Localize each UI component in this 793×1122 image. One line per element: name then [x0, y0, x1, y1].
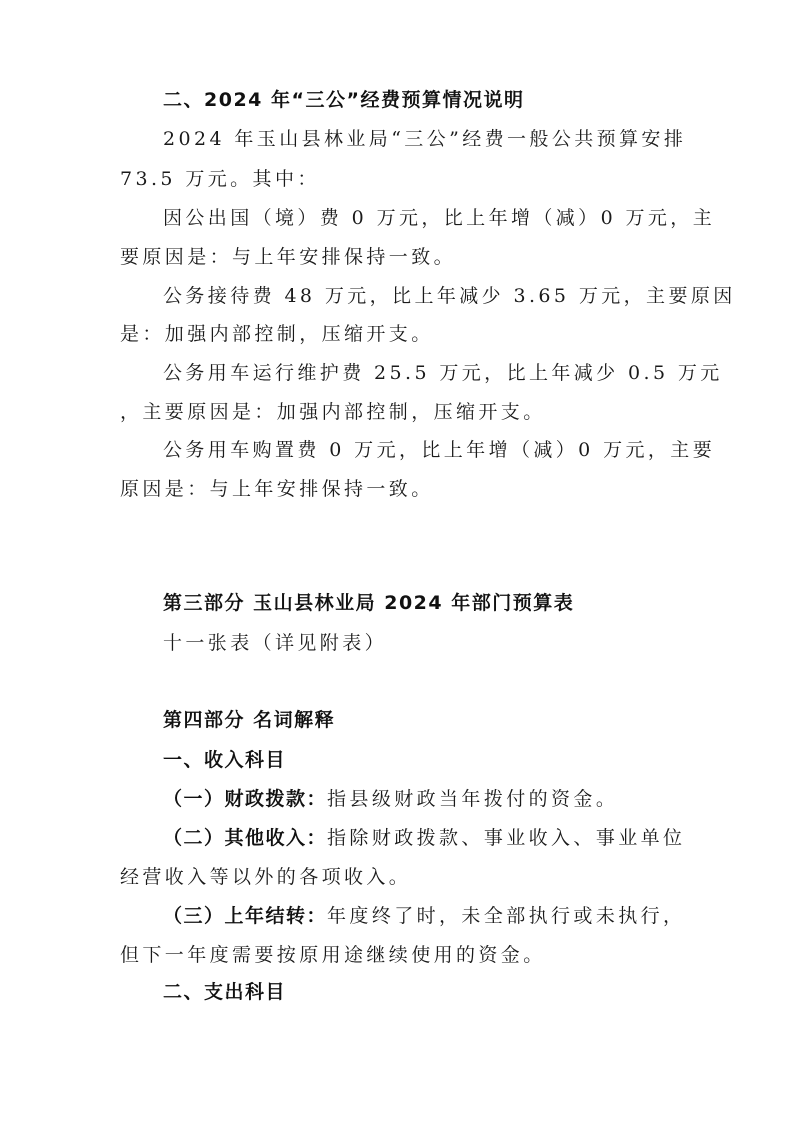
paragraph-line: 原因是：与上年安排保持一致。 [120, 477, 434, 501]
income-subheading: 一、收入科目 [163, 748, 286, 772]
paragraph-line: 2024 年玉山县林业局“三公”经费一般公共预算安排 [163, 127, 686, 151]
paragraph-line: 经营收入等以外的各项收入。 [120, 865, 411, 889]
part4-heading: 第四部分 名词解释 [163, 708, 335, 732]
paragraph-line: 公务接待费 48 万元，比上年减少 3.65 万元，主要原因 [163, 284, 736, 308]
definition-label: （一）财政拨款： [163, 788, 327, 810]
paragraph-line: 公务用车购置费 0 万元，比上年增（减）0 万元，主要 [163, 438, 715, 462]
paragraph-line: 因公出国（境）费 0 万元，比上年增（减）0 万元，主 [163, 206, 715, 230]
definition-label: （三）上年结转： [163, 905, 327, 927]
definition-label: （二）其他收入： [163, 827, 327, 849]
paragraph-line: 73.5 万元。其中： [120, 167, 320, 191]
part3-text: 十一张表（详见附表） [163, 631, 387, 655]
paragraph-line: 要原因是：与上年安排保持一致。 [120, 245, 456, 269]
definition-item: （三）上年结转：年度终了时，未全部执行或未执行， [163, 904, 685, 928]
paragraph-line: 但下一年度需要按原用途继续使用的资金。 [120, 943, 546, 967]
part3-heading: 第三部分 玉山县林业局 2024 年部门预算表 [163, 591, 574, 615]
paragraph-line: 公务用车运行维护费 25.5 万元，比上年减少 0.5 万元 [163, 361, 723, 385]
definition-text: 指除财政拨款、事业收入、事业单位 [327, 827, 685, 849]
paragraph-line: ，主要原因是：加强内部控制，压缩开支。 [120, 400, 546, 424]
definition-text: 年度终了时，未全部执行或未执行， [327, 905, 685, 927]
definition-item: （二）其他收入：指除财政拨款、事业收入、事业单位 [163, 826, 685, 850]
definition-text: 指县级财政当年拨付的资金。 [327, 788, 618, 810]
expense-subheading: 二、支出科目 [163, 980, 286, 1004]
paragraph-line: 是：加强内部控制，压缩开支。 [120, 322, 434, 346]
definition-item: （一）财政拨款：指县级财政当年拨付的资金。 [163, 787, 618, 811]
section2-heading: 二、2024 年“三公”经费预算情况说明 [163, 88, 524, 112]
